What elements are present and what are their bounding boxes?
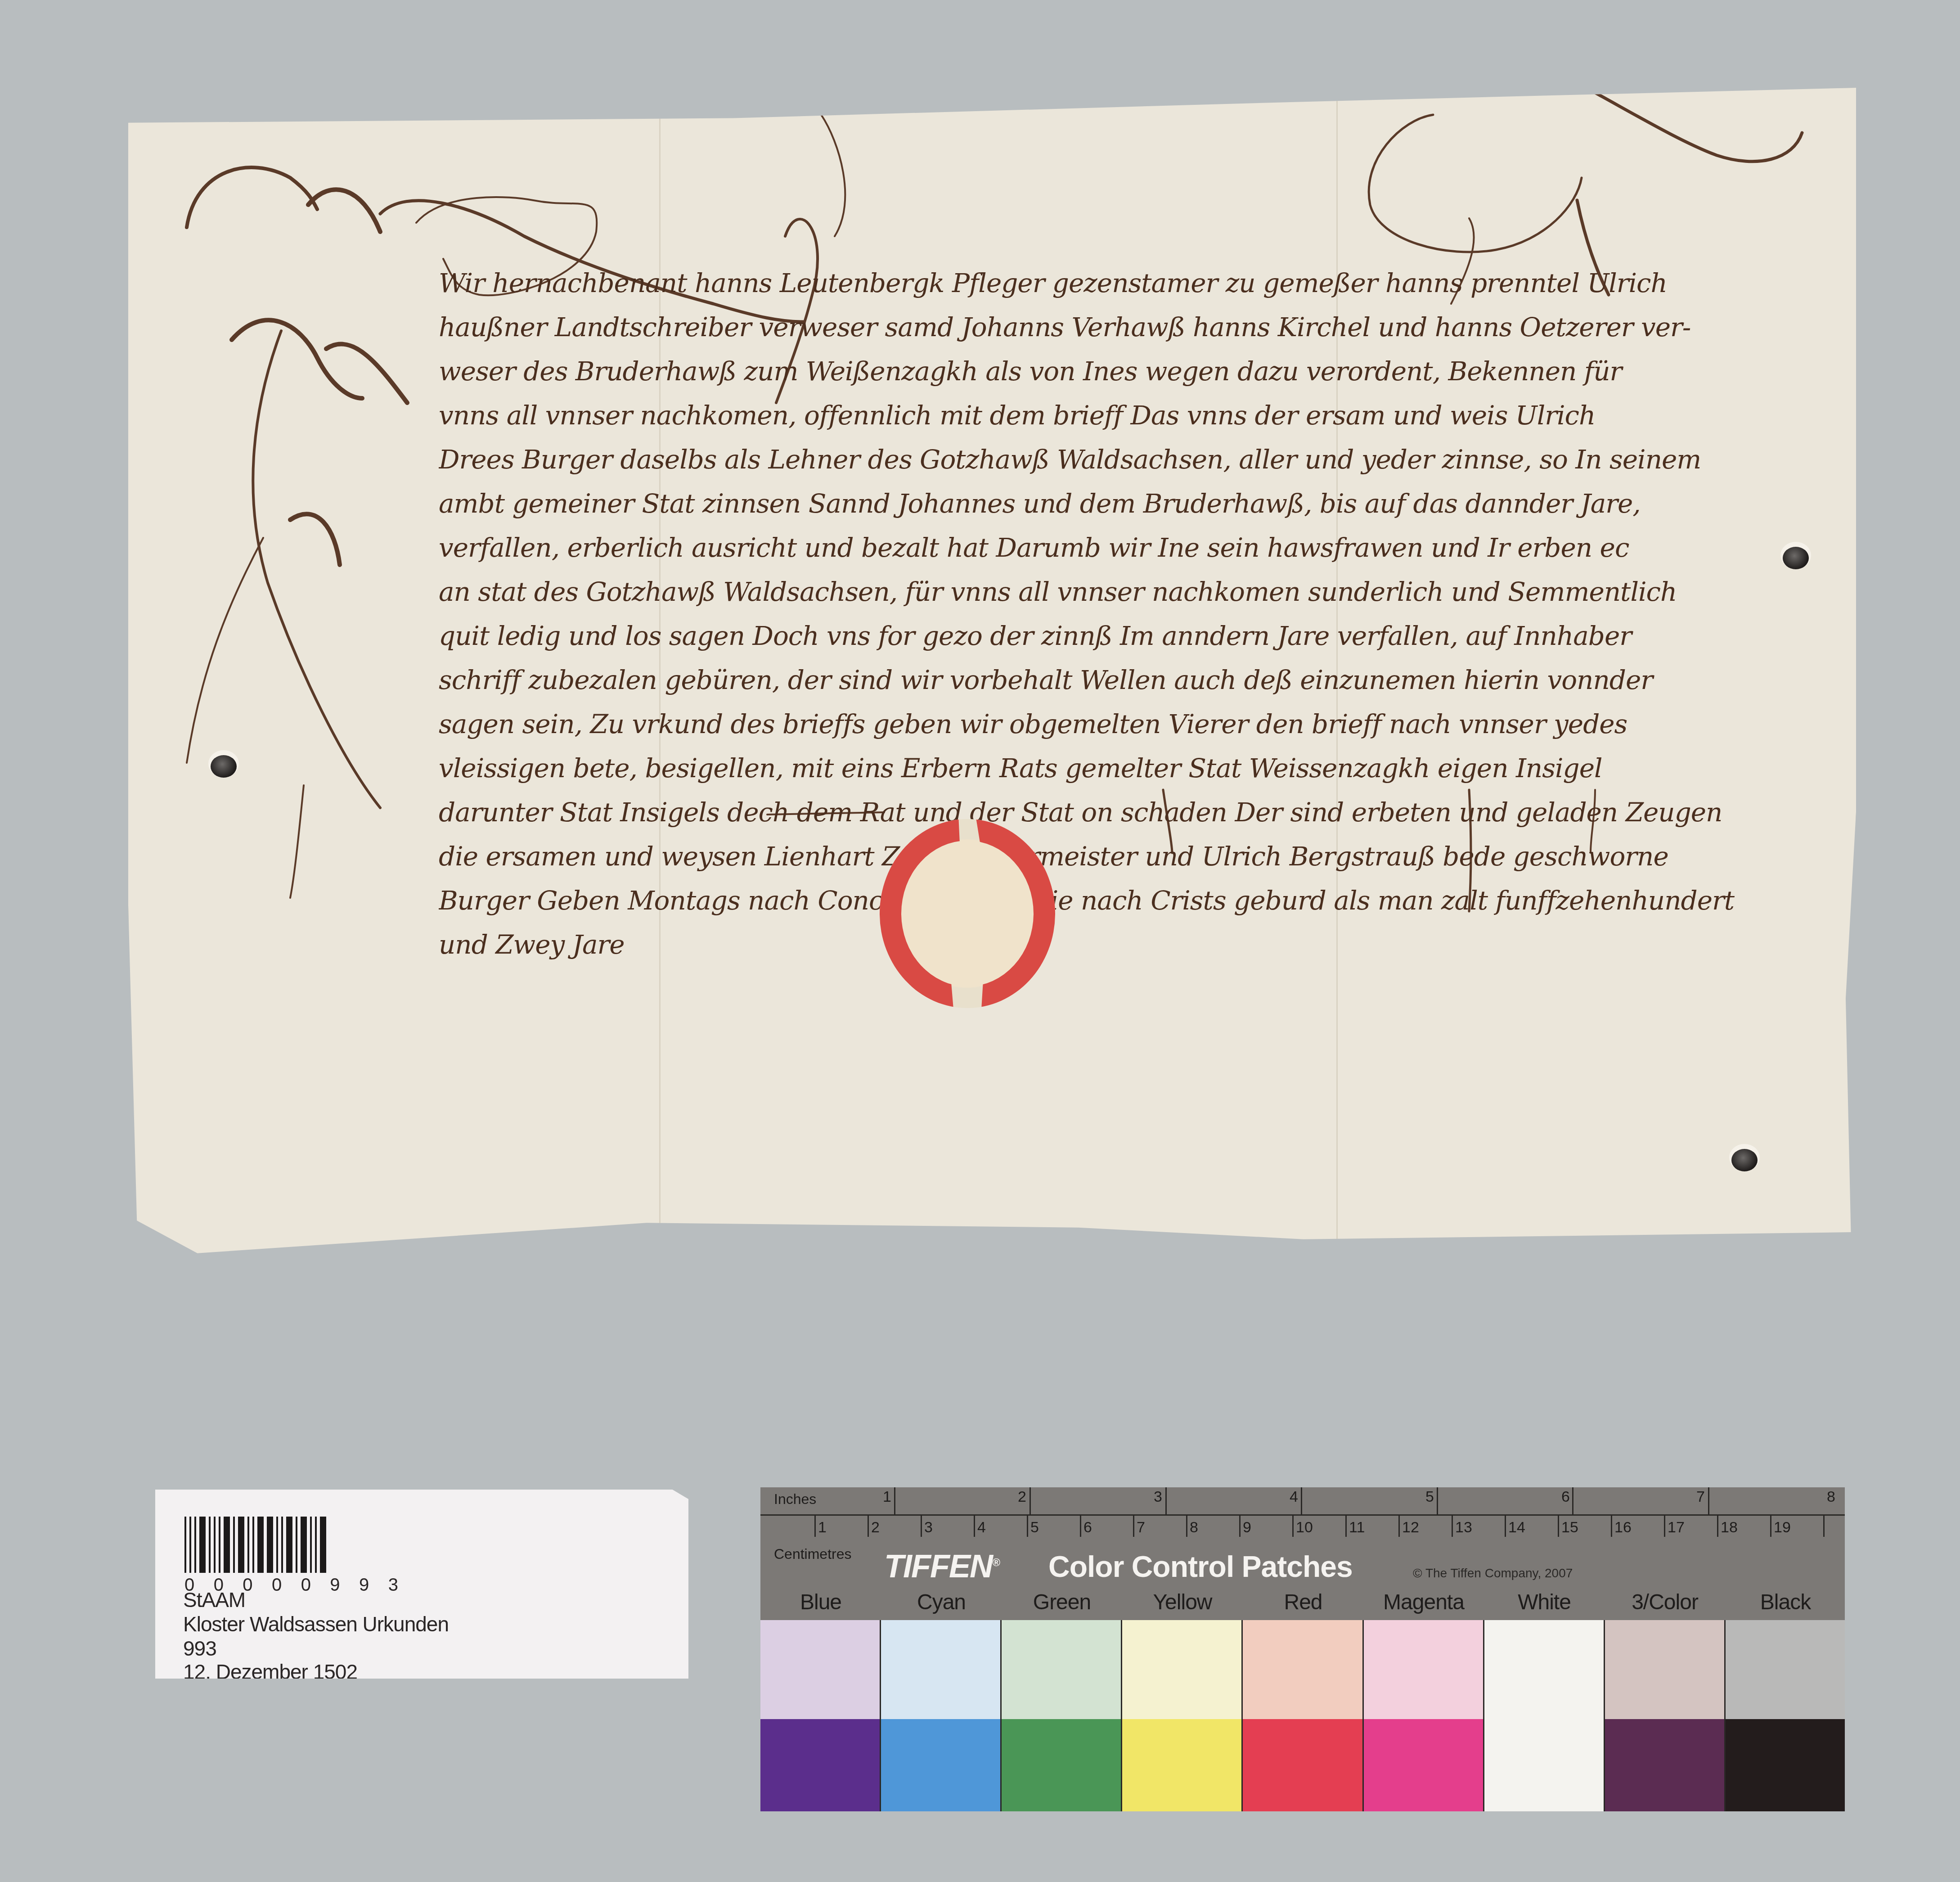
centimetres-label: Centimetres: [774, 1546, 852, 1562]
cm-mark: 17: [1668, 1519, 1685, 1536]
patch-label-3color: 3/Color: [1605, 1590, 1725, 1615]
patch-label-magenta: Magenta: [1363, 1590, 1484, 1615]
text-line: Drees Burger daselbs als Lehner des Gotz…: [439, 437, 1820, 482]
strip-title: Color Control Patches: [1048, 1549, 1353, 1584]
catalog-label: 0 0 0 0 0 9 9 3 StAAM Kloster Waldsassen…: [155, 1490, 688, 1679]
patch-label-white: White: [1484, 1590, 1605, 1615]
barcode-digit: 3: [388, 1575, 398, 1595]
patch-label-yellow: Yellow: [1122, 1590, 1243, 1615]
patch-3color: [1605, 1620, 1726, 1811]
inch-ruler: [760, 1487, 1845, 1516]
manuscript-charter: Wir hernachbenant hanns Leutenbergk Pfle…: [128, 88, 1856, 1256]
cm-mark: 10: [1296, 1519, 1313, 1536]
patch-blue: [760, 1620, 881, 1811]
color-control-strip: Inches Centimetres 1 2 3 4 5 6 7 8 1 2 3…: [760, 1487, 1845, 1811]
cm-mark: 7: [1137, 1519, 1145, 1536]
document-number: 993: [183, 1636, 216, 1661]
cm-mark: 15: [1561, 1519, 1578, 1536]
collection-name: Kloster Waldsassen Urkunden: [183, 1612, 449, 1636]
text-line: schriff zubezalen gebüren, der sind wir …: [439, 658, 1820, 702]
mounting-magnet-icon: [1731, 1149, 1758, 1171]
patch-yellow: [1122, 1620, 1243, 1811]
inch-mark: 8: [1827, 1488, 1835, 1506]
text-line: ambt gemeiner Stat zinnsen Sannd Johanne…: [439, 482, 1820, 526]
cm-mark: 19: [1774, 1519, 1791, 1536]
barcode: [184, 1517, 398, 1573]
text-line: quit ledig und los sagen Doch vns for ge…: [439, 614, 1820, 658]
inch-mark: 7: [1696, 1488, 1705, 1506]
cm-mark: 4: [977, 1519, 986, 1536]
wax-seal: [880, 819, 1055, 1008]
inch-mark: 2: [1018, 1488, 1026, 1506]
text-line: haußner Landtschreiber verweser samd Joh…: [439, 305, 1820, 349]
inch-mark: 4: [1290, 1488, 1298, 1506]
cm-mark: 9: [1243, 1519, 1251, 1536]
text-line: vleissigen bete, besigellen, mit eins Er…: [439, 746, 1820, 790]
color-patches: [760, 1620, 1845, 1811]
cm-mark: 13: [1455, 1519, 1472, 1536]
mounting-magnet-icon: [211, 755, 237, 778]
cm-mark: 12: [1402, 1519, 1419, 1536]
patch-label-black: Black: [1725, 1590, 1846, 1615]
barcode-digit: 0: [301, 1575, 311, 1595]
cm-mark: 3: [924, 1519, 933, 1536]
patch-white: [1484, 1620, 1605, 1811]
text-line: und Zwey Jare: [439, 923, 1820, 967]
text-line: an stat des Gotzhawß Waldsachsen, für vn…: [439, 570, 1820, 614]
patch-label-green: Green: [1002, 1590, 1122, 1615]
patch-magenta: [1364, 1620, 1484, 1811]
patch-label-red: Red: [1243, 1590, 1363, 1615]
text-line: vnns all vnnser nachkomen, offennlich mi…: [439, 393, 1820, 437]
cm-mark: 14: [1508, 1519, 1525, 1536]
barcode-digit: 9: [330, 1575, 340, 1595]
inch-mark: 5: [1425, 1488, 1434, 1506]
inch-mark: 3: [1154, 1488, 1162, 1506]
cm-mark: 16: [1614, 1519, 1632, 1536]
cm-mark: 18: [1721, 1519, 1738, 1536]
tiffen-logo: TIFFEN®: [884, 1548, 999, 1585]
text-line: Burger Geben Montags nach Concepcionis M…: [439, 878, 1820, 923]
patch-red: [1243, 1620, 1363, 1811]
inch-mark: 6: [1561, 1488, 1570, 1506]
text-line: weser des Bruderhawß zum Weißenzagkh als…: [439, 349, 1820, 393]
text-line: sagen sein, Zu vrkund des brieffs geben …: [439, 702, 1820, 746]
barcode-digit: 9: [359, 1575, 369, 1595]
cm-mark: 11: [1349, 1519, 1365, 1536]
text-line: die ersamen und weysen Lienhart Zeer Bur…: [439, 834, 1820, 878]
cm-mark: 1: [818, 1519, 827, 1536]
patch-cyan: [881, 1620, 1002, 1811]
mounting-magnet-icon: [1783, 547, 1809, 569]
charter-text: Wir hernachbenant hanns Leutenbergk Pfle…: [439, 261, 1820, 967]
document-date: 12. Dezember 1502: [183, 1660, 357, 1684]
patch-green: [1002, 1620, 1122, 1811]
patch-label-cyan: Cyan: [881, 1590, 1002, 1615]
patch-black: [1726, 1620, 1845, 1811]
cm-mark: 6: [1083, 1519, 1092, 1536]
inch-mark: 1: [883, 1488, 891, 1506]
inches-label: Inches: [774, 1491, 816, 1508]
text-line: verfallen, erberlich ausricht und bezalt…: [439, 526, 1820, 570]
cm-mark: 5: [1030, 1519, 1039, 1536]
text-line: Wir hernachbenant hanns Leutenbergk Pfle…: [439, 261, 1820, 305]
cm-mark: 8: [1190, 1519, 1198, 1536]
text-line: darunter Stat Insigels dech dem Rat und …: [439, 790, 1820, 834]
barcode-digit: 0: [272, 1575, 282, 1595]
patch-label-blue: Blue: [760, 1590, 881, 1615]
cm-mark: 2: [871, 1519, 880, 1536]
copyright: © The Tiffen Company, 2007: [1413, 1566, 1573, 1580]
archive-name: StAAM: [183, 1588, 245, 1612]
